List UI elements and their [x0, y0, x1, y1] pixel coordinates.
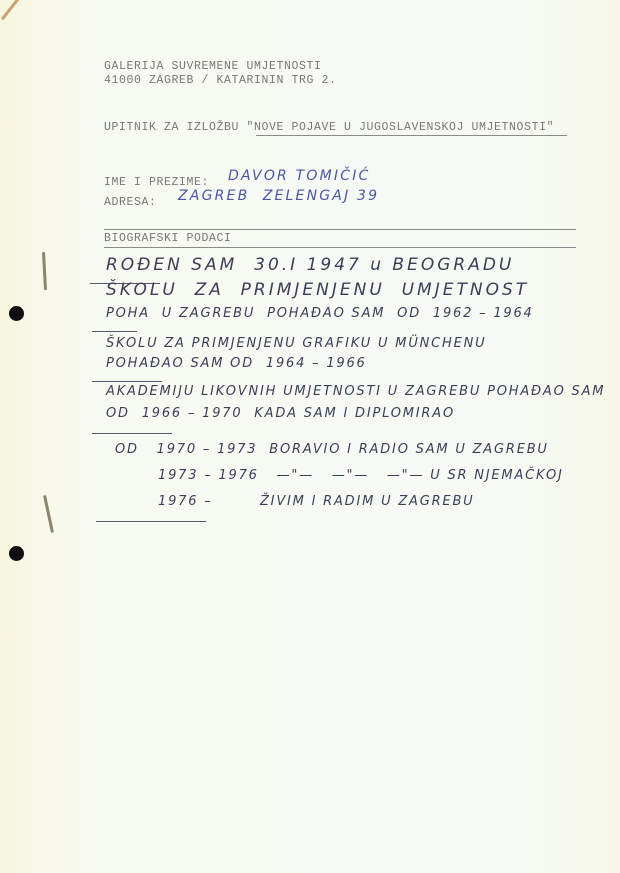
bio-separator-3	[92, 381, 162, 382]
bio-line-6: AKADEMIJU LIKOVNIH UMJETNOSTI U ZAGREBU …	[106, 384, 605, 399]
section-rule-bottom	[104, 247, 576, 248]
section-rule-top	[104, 229, 576, 230]
bio-line-7: OD 1966 – 1970 KADA SAM I DIPLOMIRAO	[106, 406, 455, 421]
staple-mark	[1, 0, 24, 20]
section-heading: BIOGRAFSKI PODACI	[104, 232, 232, 245]
address-value: ZAGREB ZELENGAJ 39	[178, 188, 379, 204]
punch-hole-top	[9, 306, 24, 321]
bio-line-8: OD 1970 – 1973 BORAVIO I RADIO SAM U ZAG…	[115, 442, 549, 457]
margin-mark-bottom	[43, 495, 54, 533]
institution-name: GALERIJA SUVREMENE UMJETNOSTI	[104, 60, 322, 73]
bio-line-5: POHAĐAO SAM OD 1964 – 1966	[106, 356, 367, 371]
bio-line-3: POHA U ZAGREBU POHAĐAO SAM OD 1962 – 196…	[106, 306, 534, 321]
bio-separator-4	[92, 433, 172, 434]
bio-separator-5	[96, 521, 206, 522]
bio-separator-2	[92, 331, 137, 332]
bio-line-2: ŠKOLU ZA PRIMJENJENU UMJETNOST	[106, 280, 529, 300]
name-value: DAVOR TOMIČIĆ	[228, 168, 371, 184]
bio-line-10: 1976 – ŽIVIM I RADIM U ZAGREBU	[158, 494, 474, 509]
punch-hole-bottom	[9, 546, 24, 561]
bio-line-9: 1973 – 1976 —"— —"— —"— U SR NJEMAČKOJ	[158, 468, 564, 483]
bio-line-4: ŠKOLU ZA PRIMJENJENU GRAFIKU U MÜNCHENU	[106, 336, 486, 351]
institution-address: 41000 ZAGREB / KATARININ TRG 2.	[104, 74, 337, 87]
questionnaire-title: UPITNIK ZA IZLOŽBU "NOVE POJAVE U JUGOSL…	[104, 121, 554, 134]
title-underline	[256, 135, 567, 136]
address-label: ADRESA:	[104, 196, 157, 209]
margin-mark-top	[42, 252, 47, 290]
bio-line-1: ROĐEN SAM 30.I 1947 u BEOGRADU	[106, 255, 514, 275]
